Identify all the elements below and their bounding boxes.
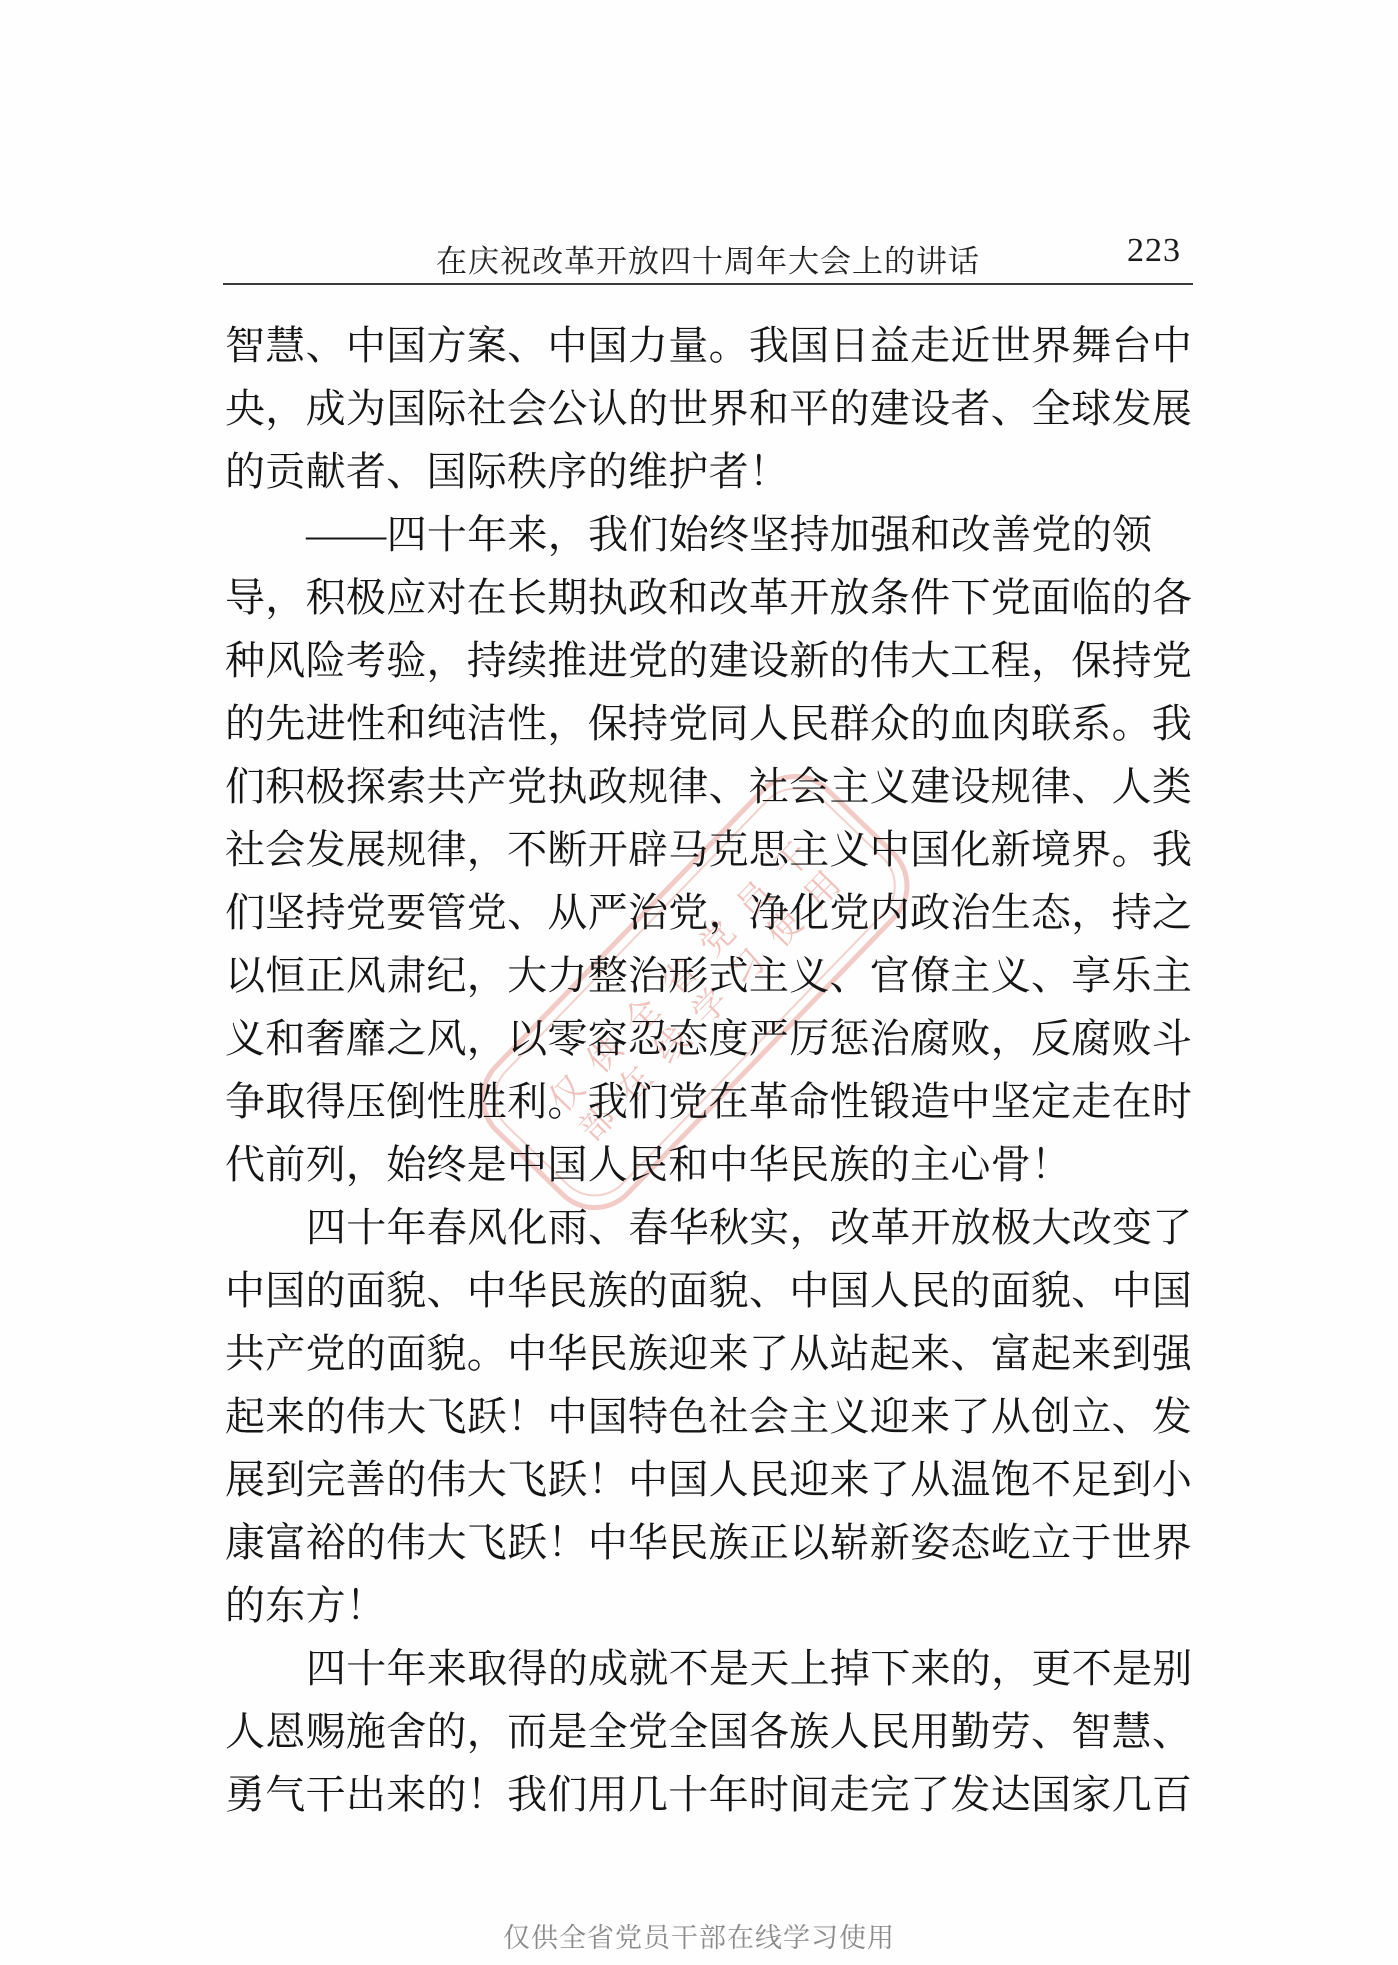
- body-line: 央，成为国际社会公认的世界和平的建设者、全球发展: [225, 377, 1193, 440]
- body-line: ——四十年来，我们始终坚持加强和改善党的领: [225, 503, 1193, 566]
- body-line: 种风险考验，持续推进党的建设新的伟大工程，保持党: [225, 629, 1193, 692]
- body-line: 导，积极应对在长期执政和改革开放条件下党面临的各: [225, 566, 1193, 629]
- body-line: 代前列，始终是中国人民和中华民族的主心骨！: [225, 1133, 1193, 1196]
- page-number: 223: [1127, 232, 1181, 270]
- body-line: 以恒正风肃纪，大力整治形式主义、官僚主义、享乐主: [225, 944, 1193, 1007]
- body-line: 共产党的面貌。中华民族迎来了从站起来、富起来到强: [225, 1322, 1193, 1385]
- page-footer: 仅供全省党员干部在线学习使用: [0, 1916, 1398, 1955]
- running-header-title: 在庆祝改革开放四十周年大会上的讲话: [436, 236, 980, 281]
- body-line: 义和奢靡之风，以零容忍态度严厉惩治腐败，反腐败斗: [225, 1007, 1193, 1070]
- body-line: 中国的面貌、中华民族的面貌、中国人民的面貌、中国: [225, 1259, 1193, 1322]
- body-line: 的先进性和纯洁性，保持党同人民群众的血肉联系。我: [225, 692, 1193, 755]
- body-line: 们坚持党要管党、从严治党，净化党内政治生态，持之: [225, 881, 1193, 944]
- body-line: 勇气干出来的！我们用几十年时间走完了发达国家几百: [225, 1763, 1193, 1826]
- body-line: 们积极探索共产党执政规律、社会主义建设规律、人类: [225, 755, 1193, 818]
- body-line: 四十年来取得的成就不是天上掉下来的，更不是别: [225, 1637, 1193, 1700]
- header-rule: [223, 283, 1193, 285]
- body-line: 智慧、中国方案、中国力量。我国日益走近世界舞台中: [225, 314, 1193, 377]
- speech-body-text: 智慧、中国方案、中国力量。我国日益走近世界舞台中央，成为国际社会公认的世界和平的…: [225, 314, 1193, 1826]
- body-line: 康富裕的伟大飞跃！中华民族正以崭新姿态屹立于世界: [225, 1511, 1193, 1574]
- page-header: 在庆祝改革开放四十周年大会上的讲话 223: [223, 232, 1193, 278]
- body-line: 人恩赐施舍的，而是全党全国各族人民用勤劳、智慧、: [225, 1700, 1193, 1763]
- body-line: 争取得压倒性胜利。我们党在革命性锻造中坚定走在时: [225, 1070, 1193, 1133]
- book-page: 在庆祝改革开放四十周年大会上的讲话 223 仅供全省党员干 部在线学习使用 智慧…: [0, 0, 1398, 1965]
- body-line: 起来的伟大飞跃！中国特色社会主义迎来了从创立、发: [225, 1385, 1193, 1448]
- body-line: 展到完善的伟大飞跃！中国人民迎来了从温饱不足到小: [225, 1448, 1193, 1511]
- body-line: 四十年春风化雨、春华秋实，改革开放极大改变了: [225, 1196, 1193, 1259]
- body-line: 社会发展规律，不断开辟马克思主义中国化新境界。我: [225, 818, 1193, 881]
- footer-usage-notice: 仅供全省党员干部在线学习使用: [503, 1923, 895, 1953]
- body-line: 的贡献者、国际秩序的维护者！: [225, 440, 1193, 503]
- body-line: 的东方！: [225, 1574, 1193, 1637]
